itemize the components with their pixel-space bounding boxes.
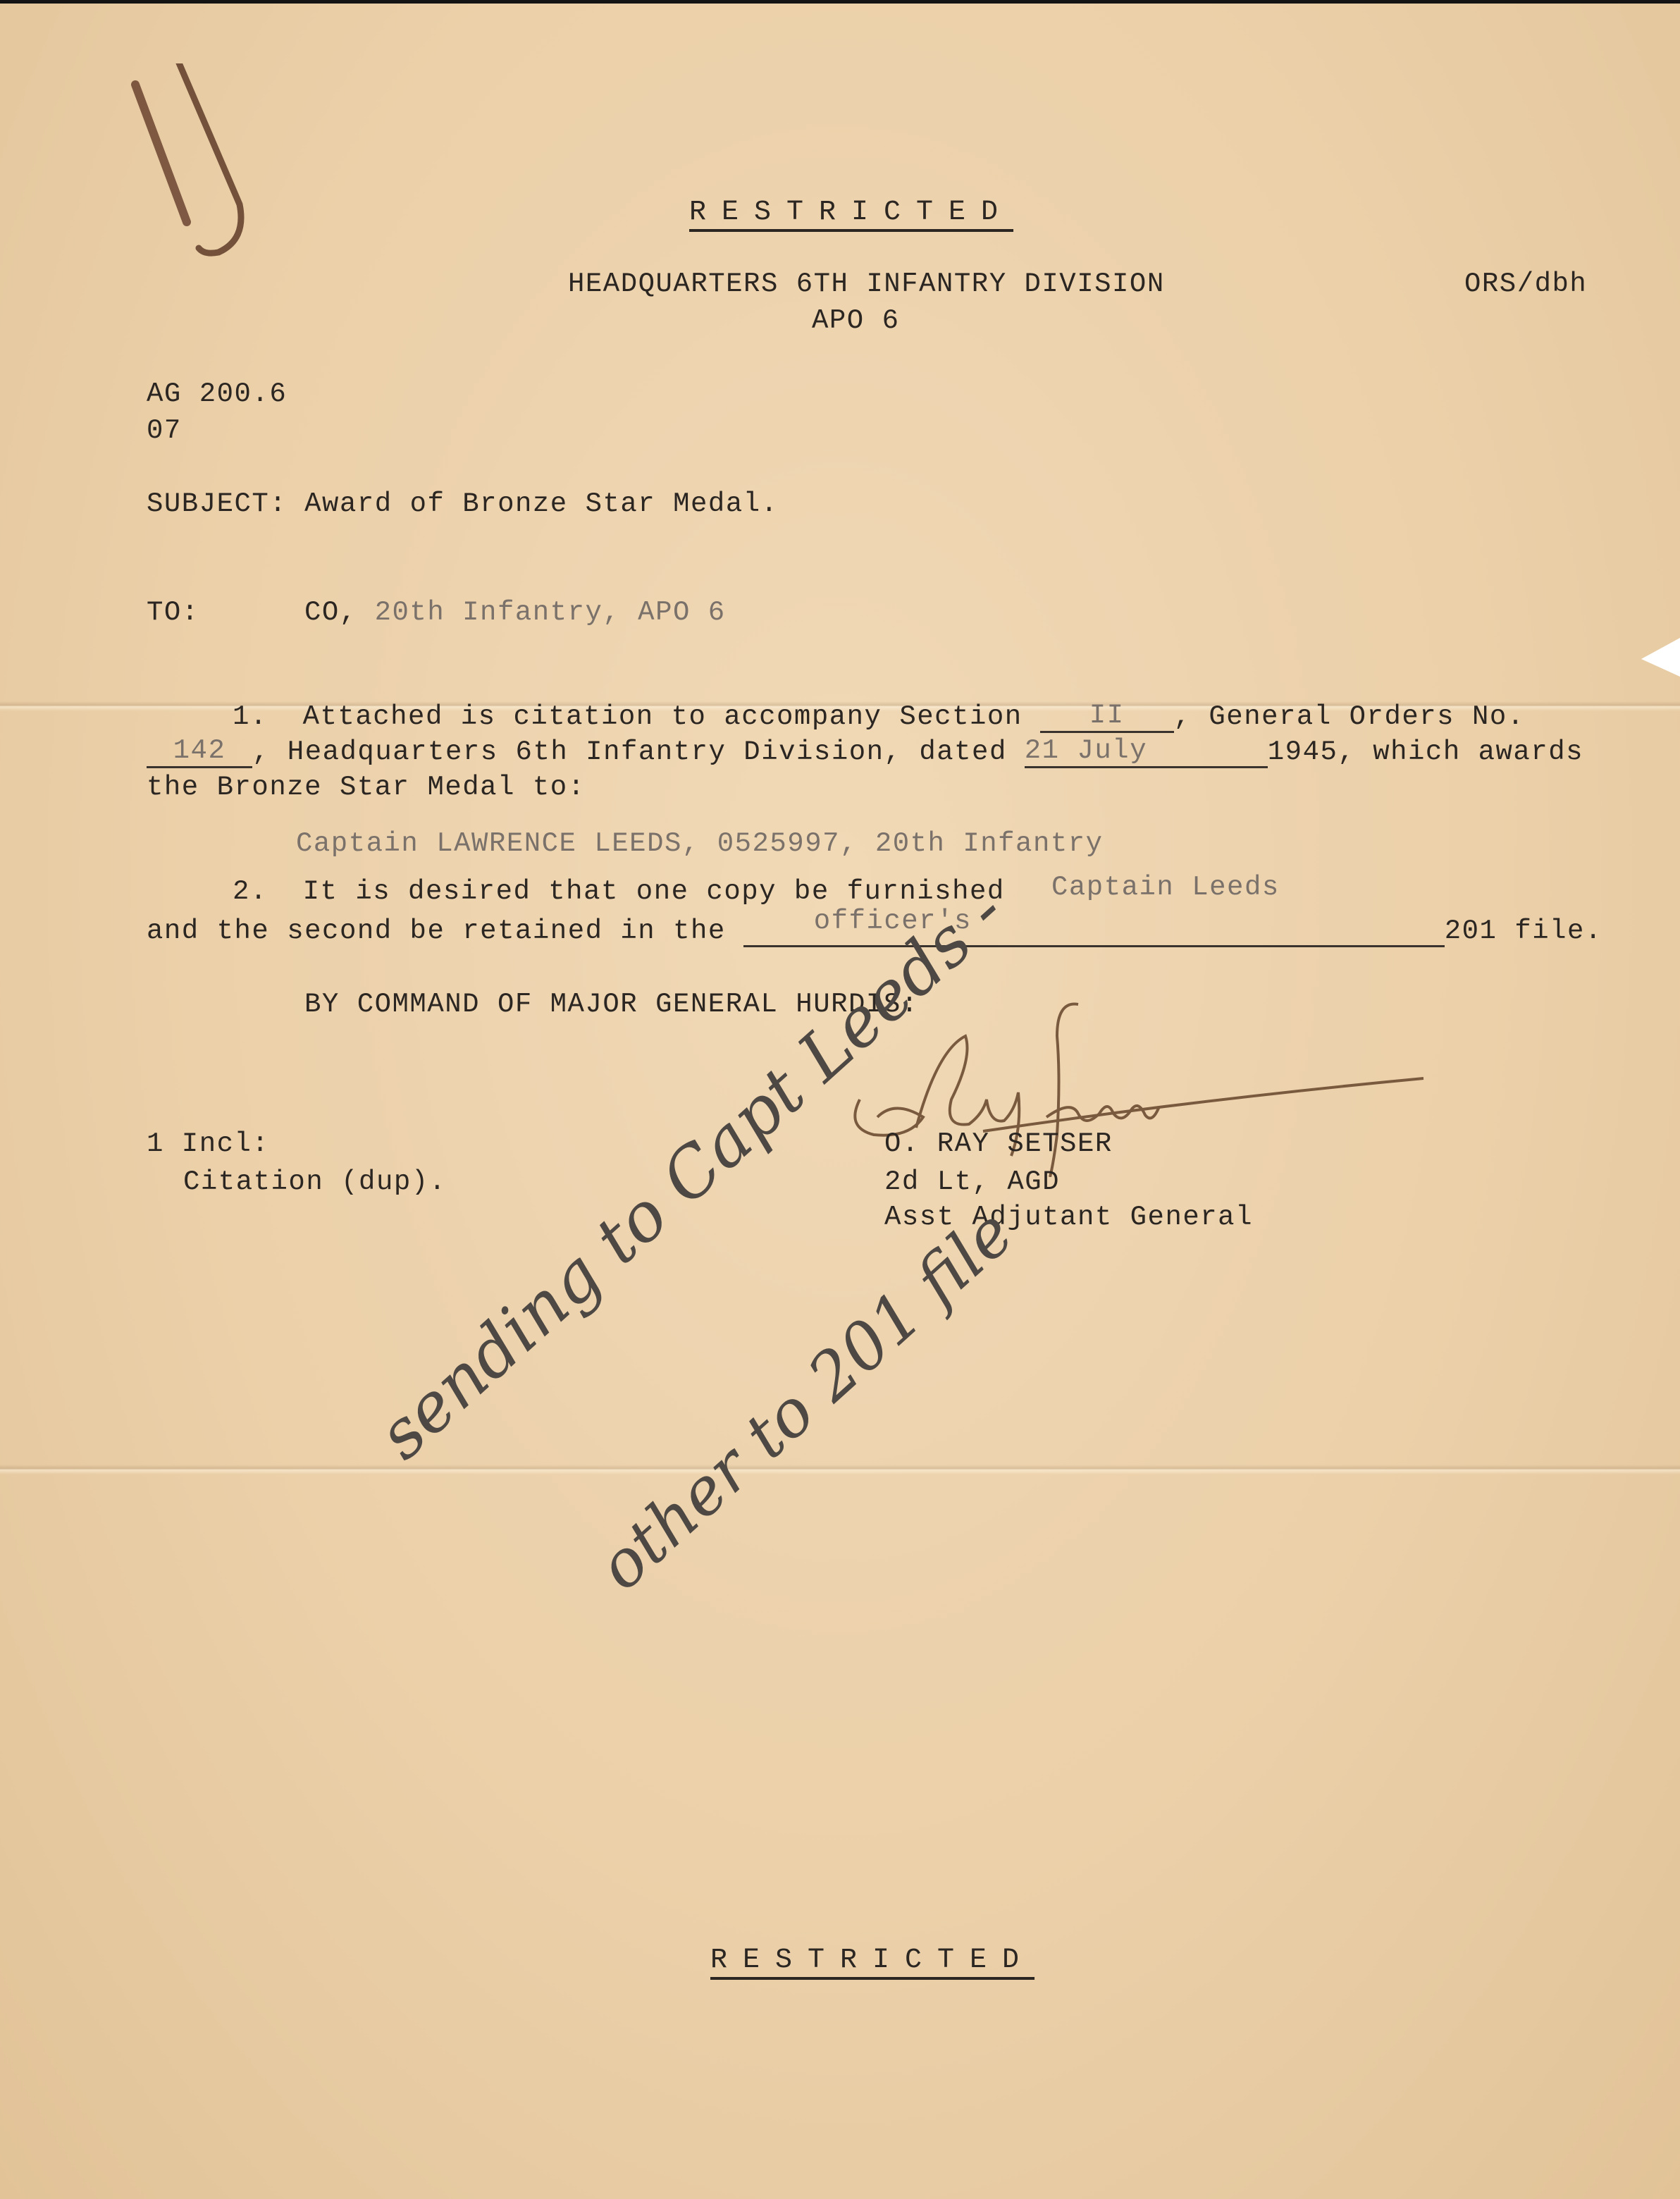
file-owner-blank: officer's [743, 918, 1445, 947]
subject-text: Award of Bronze Star Medal. [304, 488, 778, 519]
order-no-value: 142 [173, 735, 226, 766]
order-no-blank: 142 [147, 739, 252, 768]
to-label: TO: [147, 599, 199, 627]
para2-num: 2. [233, 876, 268, 907]
para1-line2: 142, Headquarters 6th Infantry Division,… [147, 739, 1583, 768]
para1-text-c: , Headquarters 6th Infantry Division, da… [252, 737, 1007, 768]
to-line: CO, 20th Infantry, APO 6 [304, 599, 726, 627]
para2-text-b: and the second be retained in the [147, 916, 726, 947]
furnish-to: Captain Leeds [1051, 874, 1280, 901]
para1-text-b: , General Orders No. [1174, 701, 1525, 732]
subject-line: SUBJECT: Award of Bronze Star Medal. [147, 491, 779, 518]
to-value: 20th Infantry, APO 6 [375, 597, 726, 628]
para1-line1: 1. Attached is citation to accompany Sec… [233, 703, 1525, 733]
para1-num: 1. [233, 701, 268, 732]
para1-line3: the Bronze Star Medal to: [147, 774, 586, 801]
fold-line-lower [0, 1465, 1680, 1474]
file-ref-line2: 07 [147, 417, 182, 445]
reference-initials: ORS/dbh [1464, 271, 1587, 298]
para2-line2: and the second be retained in the office… [147, 918, 1602, 947]
header-apo: APO 6 [812, 307, 900, 335]
section-blank: II [1040, 703, 1174, 733]
header-unit: HEADQUARTERS 6TH INFANTRY DIVISION [568, 271, 1165, 298]
subject-label: SUBJECT: [147, 488, 287, 519]
para2-text-a: It is desired that one copy be furnished [303, 876, 1005, 907]
signer-name: O. RAY SETSER [884, 1131, 1113, 1158]
scan-top-edge [0, 0, 1680, 4]
para1-text-d: 1945, which awards [1268, 737, 1583, 768]
classification-bottom: RESTRICTED [710, 1947, 1034, 1975]
edge-tear [1641, 638, 1680, 677]
date-blank: 21 July [1025, 739, 1268, 768]
to-prefix: CO, [304, 597, 357, 628]
section-value: II [1089, 700, 1125, 731]
document-page: RESTRICTED HEADQUARTERS 6TH INFANTRY DIV… [0, 0, 1680, 2199]
paperclip-stain-icon [120, 63, 275, 275]
signer-rank: 2d Lt, AGD [884, 1169, 1060, 1196]
enclosure-line2: Citation (dup). [183, 1169, 447, 1196]
enclosure-line1: 1 Incl: [147, 1131, 269, 1158]
para2-text-c: 201 file. [1445, 916, 1602, 947]
para1-text-a: Attached is citation to accompany Sectio… [303, 701, 1023, 732]
classification-top: RESTRICTED [689, 199, 1013, 227]
para2-line1: 2. It is desired that one copy be furnis… [233, 878, 1005, 906]
file-ref-line1: AG 200.6 [147, 381, 287, 408]
date-value: 21 July [1025, 735, 1147, 766]
recipient: Captain LAWRENCE LEEDS, 0525997, 20th In… [296, 830, 1104, 858]
